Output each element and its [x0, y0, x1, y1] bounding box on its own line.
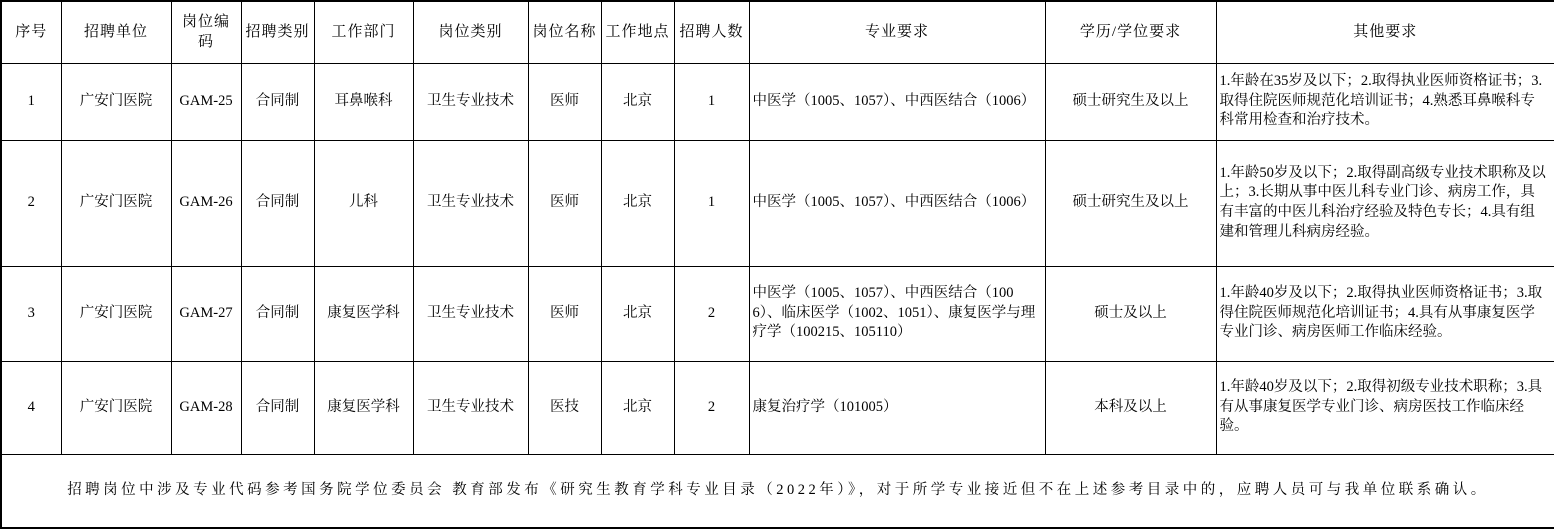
col-header-type: 招聘类别 — [241, 1, 314, 63]
cell-type: 合同制 — [241, 361, 314, 454]
col-header-category: 岗位类别 — [413, 1, 528, 63]
cell-major-requirements: 康复治疗学（101005） — [749, 361, 1045, 454]
col-header-unit: 招聘单位 — [61, 1, 171, 63]
cell-type: 合同制 — [241, 63, 314, 140]
cell-headcount: 1 — [674, 140, 749, 266]
cell-serial: 4 — [1, 361, 61, 454]
col-header-code: 岗位编码 — [171, 1, 241, 63]
cell-other-requirements: 1.年龄50岁及以下；2.取得副高级专业技术职称及以上；3.长期从事中医儿科专业… — [1216, 140, 1554, 266]
cell-other-requirements: 1.年龄40岁及以下；2.取得初级专业技术职称；3.具有从事康复医学专业门诊、病… — [1216, 361, 1554, 454]
cell-location: 北京 — [601, 266, 674, 361]
cell-education-requirements: 硕士研究生及以上 — [1045, 140, 1216, 266]
footnote-text: 招聘岗位中涉及专业代码参考国务院学位委员会 教育部发布《研究生教育学科专业目录（… — [1, 454, 1554, 528]
cell-unit: 广安门医院 — [61, 266, 171, 361]
cell-location: 北京 — [601, 140, 674, 266]
cell-serial: 2 — [1, 140, 61, 266]
col-header-education-requirements: 学历/学位要求 — [1045, 1, 1216, 63]
cell-department: 康复医学科 — [314, 361, 413, 454]
cell-department: 康复医学科 — [314, 266, 413, 361]
cell-title: 医技 — [528, 361, 601, 454]
cell-title: 医师 — [528, 266, 601, 361]
cell-education-requirements: 硕士研究生及以上 — [1045, 63, 1216, 140]
cell-department: 儿科 — [314, 140, 413, 266]
table-row: 1广安门医院GAM-25合同制耳鼻喉科卫生专业技术医师北京1中医学（1005、1… — [1, 63, 1554, 140]
cell-headcount: 2 — [674, 361, 749, 454]
cell-major-requirements: 中医学（1005、1057）、中西医结合（1006） — [749, 63, 1045, 140]
cell-title: 医师 — [528, 63, 601, 140]
cell-code: GAM-25 — [171, 63, 241, 140]
table-header: 序号 招聘单位 岗位编码 招聘类别 工作部门 岗位类别 岗位名称 工作地点 招聘… — [1, 1, 1554, 63]
recruitment-table: 序号 招聘单位 岗位编码 招聘类别 工作部门 岗位类别 岗位名称 工作地点 招聘… — [0, 0, 1554, 529]
header-row: 序号 招聘单位 岗位编码 招聘类别 工作部门 岗位类别 岗位名称 工作地点 招聘… — [1, 1, 1554, 63]
cell-education-requirements: 硕士及以上 — [1045, 266, 1216, 361]
cell-location: 北京 — [601, 63, 674, 140]
col-header-other-requirements: 其他要求 — [1216, 1, 1554, 63]
col-header-serial: 序号 — [1, 1, 61, 63]
cell-other-requirements: 1.年龄40岁及以下；2.取得执业医师资格证书；3.取得住院医师规范化培训证书；… — [1216, 266, 1554, 361]
cell-serial: 3 — [1, 266, 61, 361]
table-row: 3广安门医院GAM-27合同制康复医学科卫生专业技术医师北京2中医学（1005、… — [1, 266, 1554, 361]
col-header-title: 岗位名称 — [528, 1, 601, 63]
cell-department: 耳鼻喉科 — [314, 63, 413, 140]
table-footer: 招聘岗位中涉及专业代码参考国务院学位委员会 教育部发布《研究生教育学科专业目录（… — [1, 454, 1554, 528]
cell-major-requirements: 中医学（1005、1057）、中西医结合（1006）、临床医学（1002、105… — [749, 266, 1045, 361]
cell-category: 卫生专业技术 — [413, 63, 528, 140]
cell-category: 卫生专业技术 — [413, 140, 528, 266]
cell-code: GAM-26 — [171, 140, 241, 266]
cell-unit: 广安门医院 — [61, 361, 171, 454]
cell-type: 合同制 — [241, 140, 314, 266]
cell-headcount: 1 — [674, 63, 749, 140]
cell-education-requirements: 本科及以上 — [1045, 361, 1216, 454]
cell-unit: 广安门医院 — [61, 140, 171, 266]
cell-location: 北京 — [601, 361, 674, 454]
recruitment-sheet: 序号 招聘单位 岗位编码 招聘类别 工作部门 岗位类别 岗位名称 工作地点 招聘… — [0, 0, 1554, 532]
cell-type: 合同制 — [241, 266, 314, 361]
cell-serial: 1 — [1, 63, 61, 140]
col-header-major-requirements: 专业要求 — [749, 1, 1045, 63]
footnote-row: 招聘岗位中涉及专业代码参考国务院学位委员会 教育部发布《研究生教育学科专业目录（… — [1, 454, 1554, 528]
cell-category: 卫生专业技术 — [413, 361, 528, 454]
cell-title: 医师 — [528, 140, 601, 266]
cell-category: 卫生专业技术 — [413, 266, 528, 361]
cell-unit: 广安门医院 — [61, 63, 171, 140]
col-header-location: 工作地点 — [601, 1, 674, 63]
col-header-headcount: 招聘人数 — [674, 1, 749, 63]
cell-headcount: 2 — [674, 266, 749, 361]
table-body: 1广安门医院GAM-25合同制耳鼻喉科卫生专业技术医师北京1中医学（1005、1… — [1, 63, 1554, 454]
cell-major-requirements: 中医学（1005、1057）、中西医结合（1006） — [749, 140, 1045, 266]
cell-other-requirements: 1.年龄在35岁及以下；2.取得执业医师资格证书；3.取得住院医师规范化培训证书… — [1216, 63, 1554, 140]
table-row: 2广安门医院GAM-26合同制儿科卫生专业技术医师北京1中医学（1005、105… — [1, 140, 1554, 266]
cell-code: GAM-28 — [171, 361, 241, 454]
table-row: 4广安门医院GAM-28合同制康复医学科卫生专业技术医技北京2康复治疗学（101… — [1, 361, 1554, 454]
cell-code: GAM-27 — [171, 266, 241, 361]
col-header-department: 工作部门 — [314, 1, 413, 63]
